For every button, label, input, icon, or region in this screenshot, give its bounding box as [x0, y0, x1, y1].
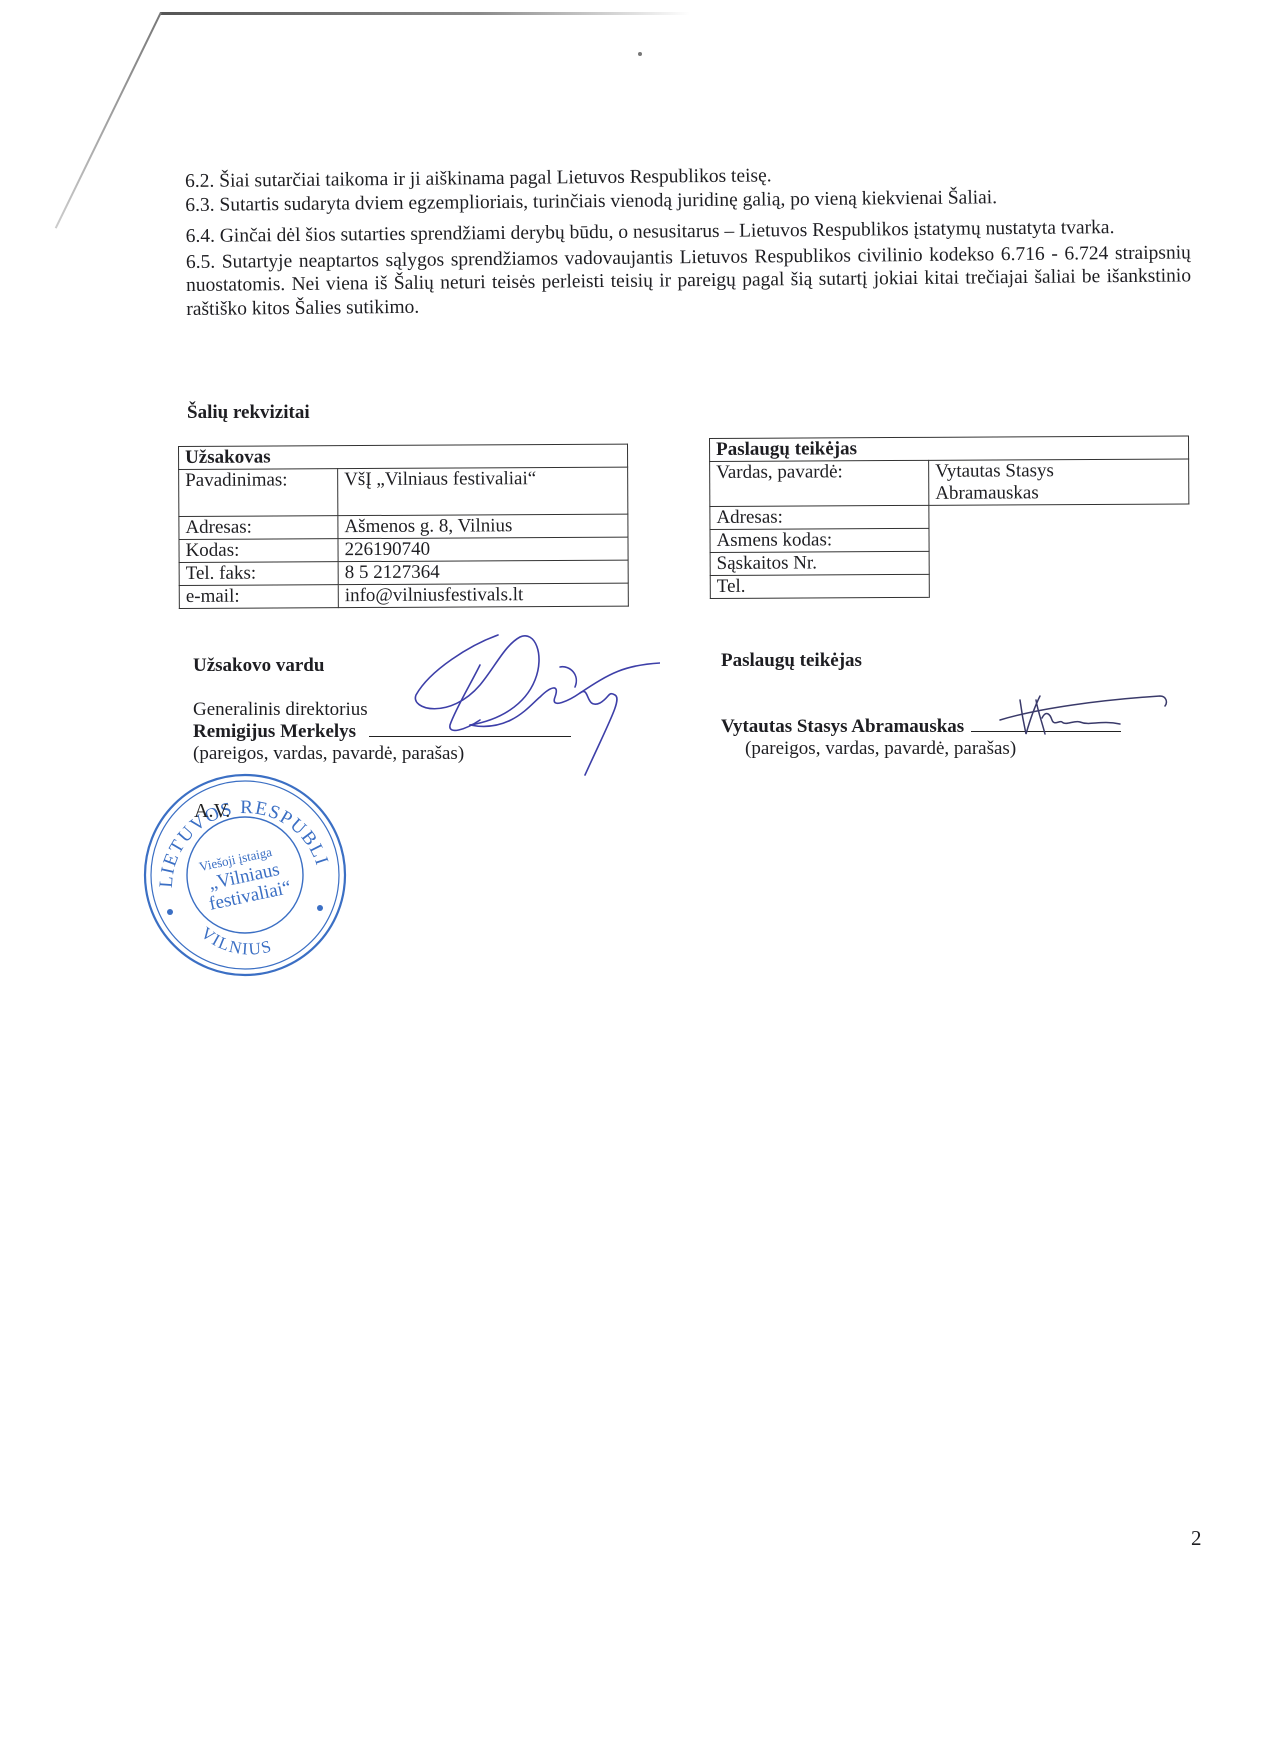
customer-requisites-table: Užsakovas Pavadinimas: VšĮ „Vilniaus fes… [178, 444, 629, 609]
stamp-outer-bottom-text: VILNIUS [197, 923, 274, 959]
provider-requisites-table: Paslaugų teikėjas Vardas, pavardė: Vytau… [709, 435, 1190, 599]
contract-clauses: 6.2. Šiai sutarčiai taikoma ir ji aiškin… [185, 160, 1191, 322]
organization-stamp-icon: LIETUVOS RESPUBLIKA VILNIUS Viešoji įsta… [140, 770, 350, 980]
scan-speck [638, 52, 642, 56]
svg-text:VILNIUS: VILNIUS [197, 923, 274, 959]
provider-phone-label: Tel. [710, 574, 929, 598]
customer-sign-heading: Užsakovo vardu [193, 655, 571, 677]
provider-account-label: Sąskaitos Nr. [710, 551, 929, 575]
customer-name-value: VšĮ „Vilniaus festivaliai“ [338, 467, 628, 516]
clause-6-5: 6.5. Sutartyje neaptartos sąlygos sprend… [186, 241, 1192, 322]
customer-table-header: Užsakovas [179, 444, 628, 469]
scan-edge-top [160, 12, 690, 15]
provider-signature-block: Paslaugų teikėjas Vytautas Stasys Abrama… [721, 650, 1121, 760]
provider-signature-caption: (pareigos, vardas, pavardė, parašas) [721, 738, 1121, 760]
customer-email-value: info@vilniusfestivals.lt [338, 583, 628, 608]
provider-personal-code-label: Asmens kodas: [710, 528, 929, 552]
redacted-area [929, 504, 1189, 597]
customer-position: Generalinis direktorius [193, 699, 571, 721]
customer-name-label: Pavadinimas: [179, 469, 338, 517]
customer-signature-line [369, 736, 571, 737]
customer-signatory-name: Remigijus Merkelys [193, 721, 356, 742]
customer-code-value: 226190740 [338, 537, 628, 562]
customer-signature-block: Užsakovo vardu Generalinis direktorius R… [193, 655, 571, 765]
scan-edge-diagonal [55, 12, 162, 229]
page-number: 2 [1191, 1526, 1202, 1551]
provider-signature-line [971, 731, 1121, 732]
provider-name-value: Vytautas Stasys Abramauskas [929, 459, 1189, 505]
provider-table-header: Paslaugų teikėjas [710, 436, 1189, 462]
customer-address-value: Ašmenos g. 8, Vilnius [338, 514, 628, 539]
customer-address-label: Adresas: [179, 516, 338, 540]
customer-email-label: e-mail: [179, 585, 338, 609]
customer-signature-caption: (pareigos, vardas, pavardė, parašas) [193, 743, 571, 765]
provider-name-label: Vardas, pavardė: [710, 460, 929, 506]
requisites-title: Šalių rekvizitai [187, 402, 310, 424]
customer-phone-label: Tel. faks: [179, 562, 338, 586]
provider-sign-heading: Paslaugų teikėjas [721, 650, 1121, 672]
customer-phone-value: 8 5 2127364 [338, 560, 628, 585]
provider-address-label: Adresas: [710, 505, 929, 529]
customer-code-label: Kodas: [179, 539, 338, 563]
provider-signatory-name: Vytautas Stasys Abramauskas [721, 716, 964, 737]
seal-mark-label: A.V. [194, 800, 230, 823]
